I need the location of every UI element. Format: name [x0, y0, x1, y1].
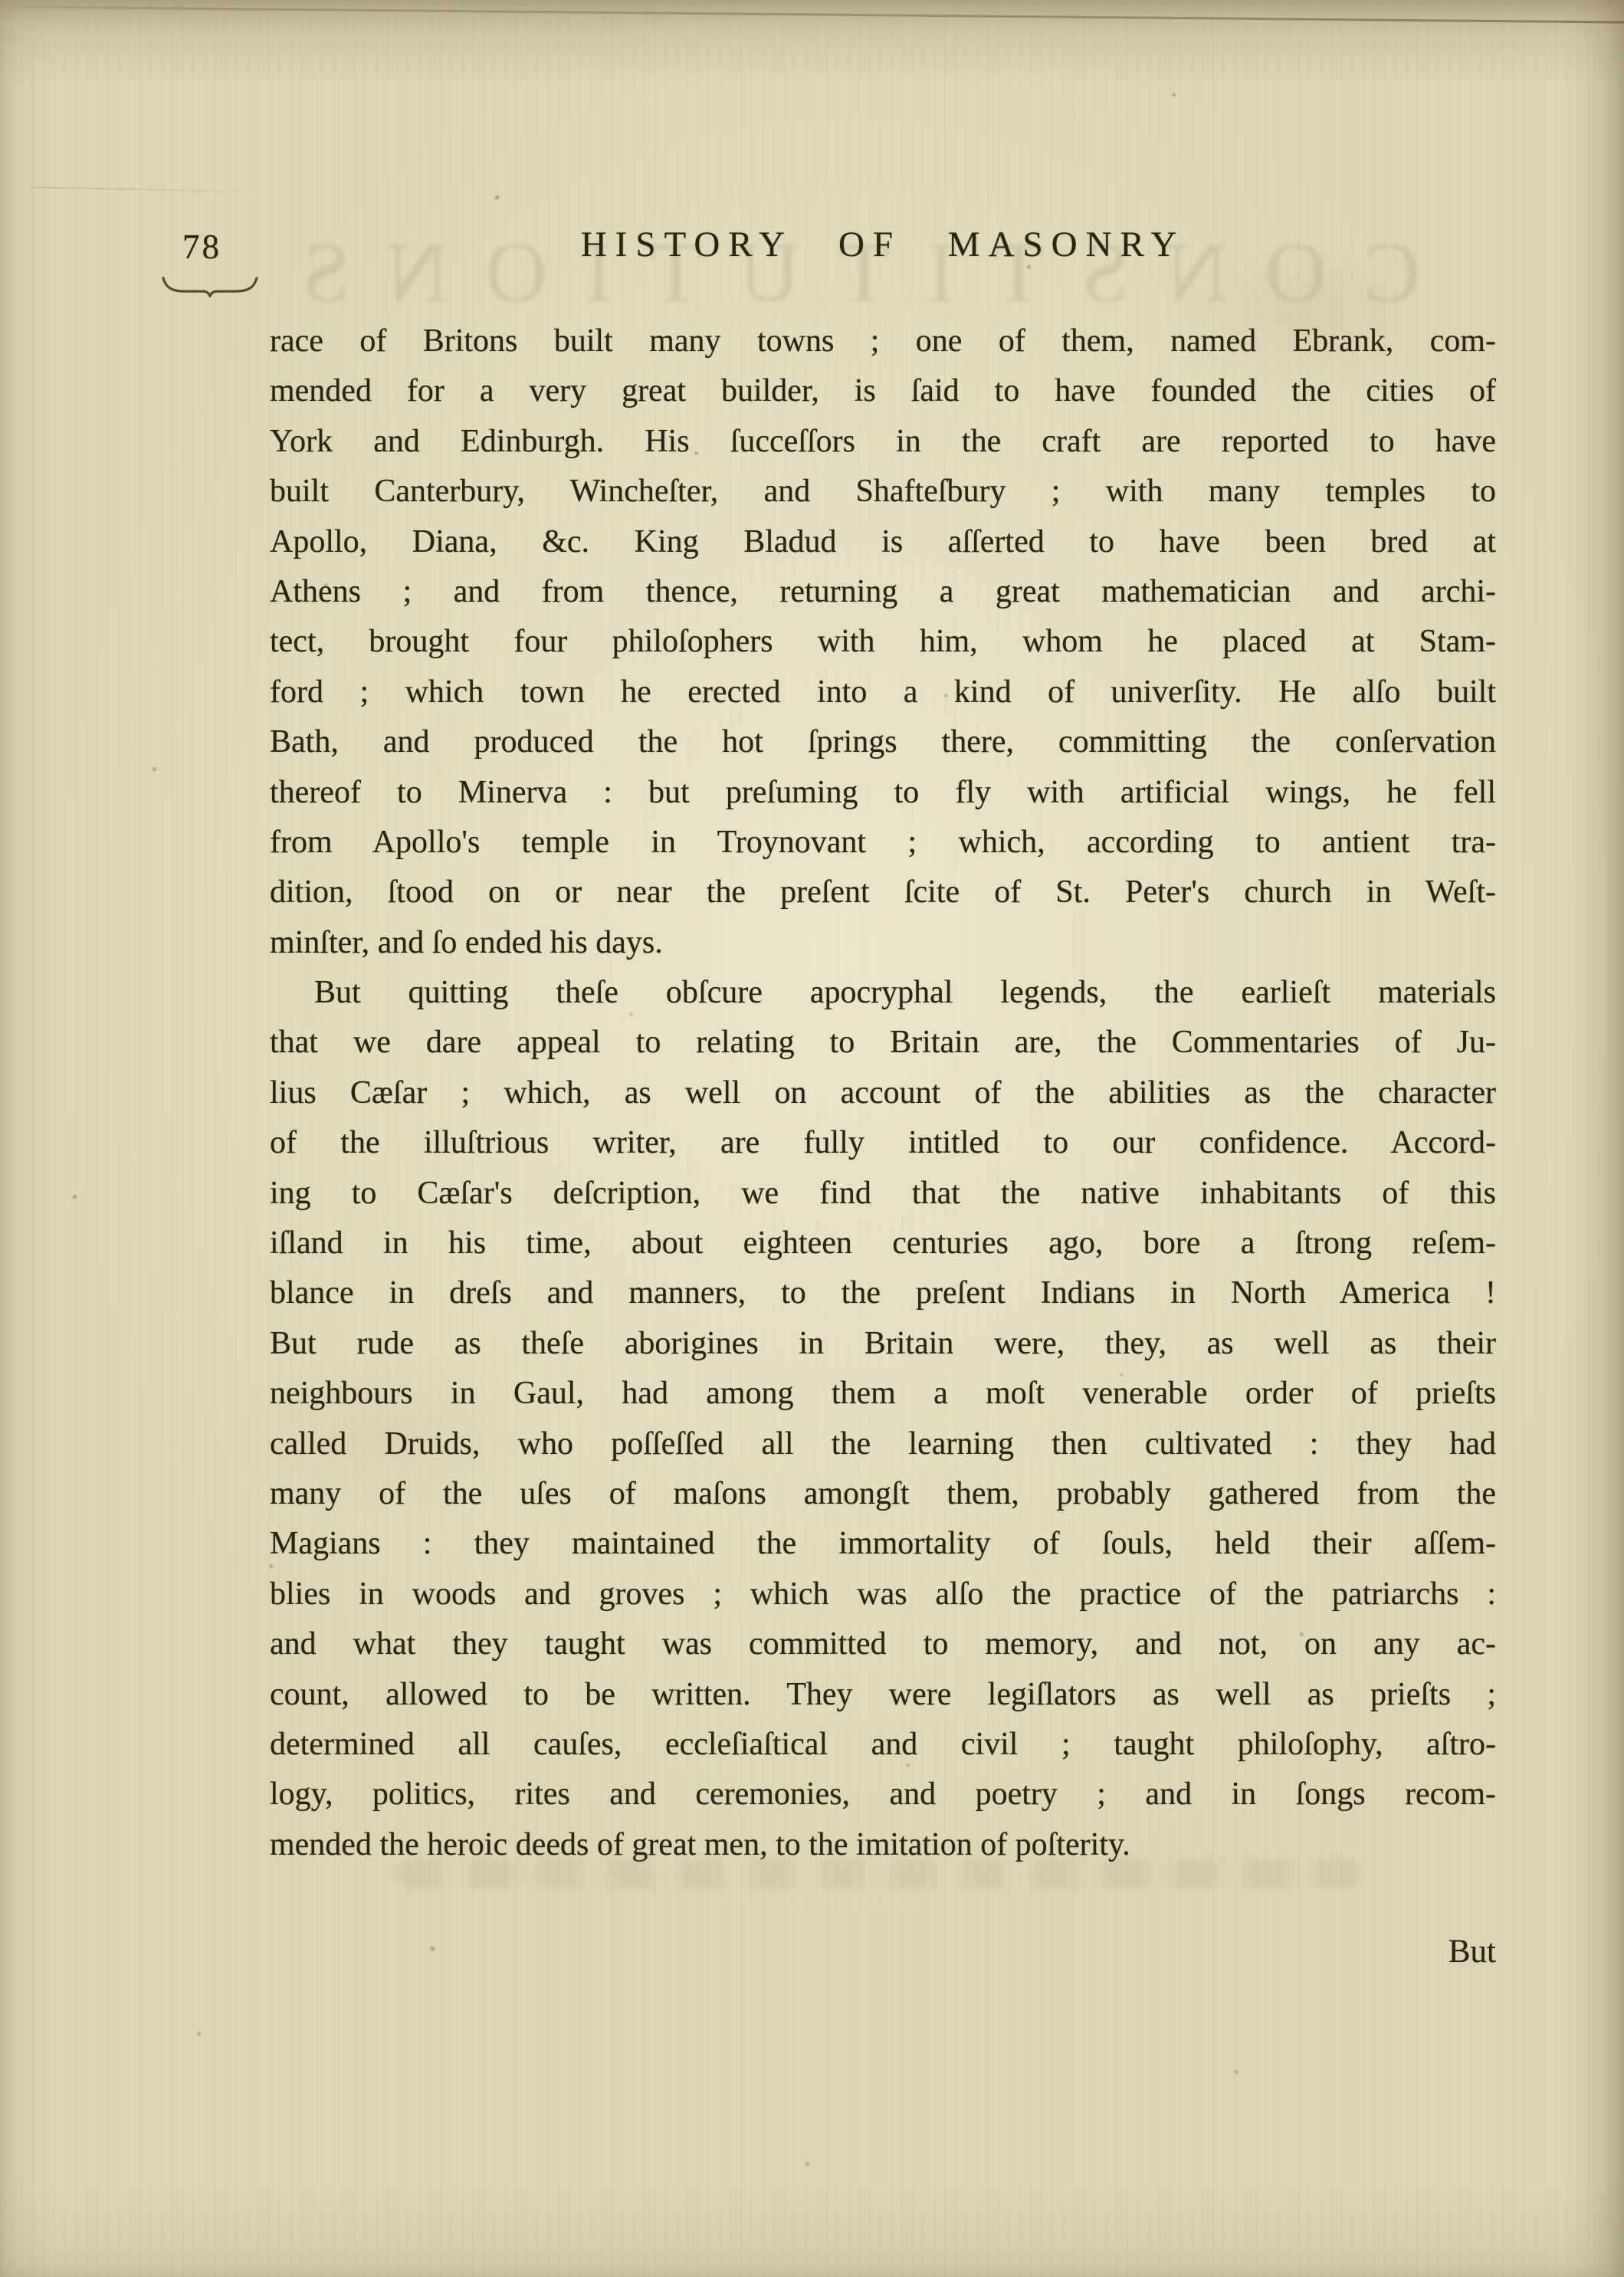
page-number: 78 — [182, 227, 221, 267]
text-line: logy, politics, rites and ceremonies, an… — [270, 1770, 1496, 1819]
catchword: But — [270, 1933, 1496, 1970]
text-line: But quitting theſe obſcure apocryphal le… — [270, 968, 1496, 1018]
text-line: Apollo, Diana, &c. King Bladud is aſſert… — [270, 517, 1496, 567]
text-line: determined all cauſes, eccleſiaſtical an… — [270, 1720, 1496, 1770]
text-line: minſter, and ſo ended his days. — [270, 918, 1496, 968]
text-line: count, allowed to be written. They were … — [270, 1670, 1496, 1720]
text-line: Magians : they maintained the immortalit… — [270, 1519, 1496, 1569]
text-line: built Canterbury, Wincheſter, and Shafte… — [270, 467, 1496, 517]
text-line: tect, brought four philoſophers with him… — [270, 617, 1496, 667]
text-line: race of Britons built many towns ; one o… — [270, 317, 1496, 366]
text-line: Bath, and produced the hot ſprings there… — [270, 717, 1496, 767]
underbrace-glyph — [159, 274, 261, 297]
text-line: ing to Cæſar's deſcription, we find that… — [270, 1169, 1496, 1219]
text-line: from Apollo's temple in Troynovant ; whi… — [270, 818, 1496, 868]
text-line: many of the uſes of maſons amongſt them,… — [270, 1469, 1496, 1519]
text-line: and what they taught was committed to me… — [270, 1619, 1496, 1669]
running-title: HISTORY OF MASONRY — [270, 224, 1496, 265]
text-line: York and Edinburgh. His ſucceſſors in th… — [270, 417, 1496, 467]
page-edge-line — [0, 5, 1624, 25]
text-line: neighbours in Gaul, had among them a moſ… — [270, 1369, 1496, 1419]
paper-speckles — [0, 0, 2, 2]
bleed-through-smudge — [399, 1859, 1372, 1889]
book-page-scan: CONSTITUTIONS 78 HISTORY OF MASONRY race… — [0, 0, 1624, 2277]
text-line: But rude as theſe aborigines in Britain … — [270, 1319, 1496, 1369]
text-line: blies in woods and groves ; which was al… — [270, 1570, 1496, 1619]
text-line: called Druids, who poſſeſſed all the lea… — [270, 1419, 1496, 1469]
text-line: ford ; which town he erected into a kind… — [270, 668, 1496, 717]
text-line: blance in dreſs and manners, to the preſ… — [270, 1268, 1496, 1318]
text-line: that we dare appeal to relating to Brita… — [270, 1018, 1496, 1068]
text-line: of the illuſtrious writer, are fully int… — [270, 1118, 1496, 1168]
text-line: iſland in his time, about eighteen centu… — [270, 1219, 1496, 1268]
text-line: Athens ; and from thence, returning a gr… — [270, 567, 1496, 617]
paper-crease — [31, 186, 307, 194]
text-line: thereof to Minerva : but preſuming to fl… — [270, 768, 1496, 818]
text-line: dition, ſtood on or near the preſent ſci… — [270, 868, 1496, 917]
body-text: race of Britons built many towns ; one o… — [270, 317, 1496, 1870]
text-line: mended for a very great builder, is ſaid… — [270, 366, 1496, 416]
text-line: lius Cæſar ; which, as well on account o… — [270, 1068, 1496, 1118]
